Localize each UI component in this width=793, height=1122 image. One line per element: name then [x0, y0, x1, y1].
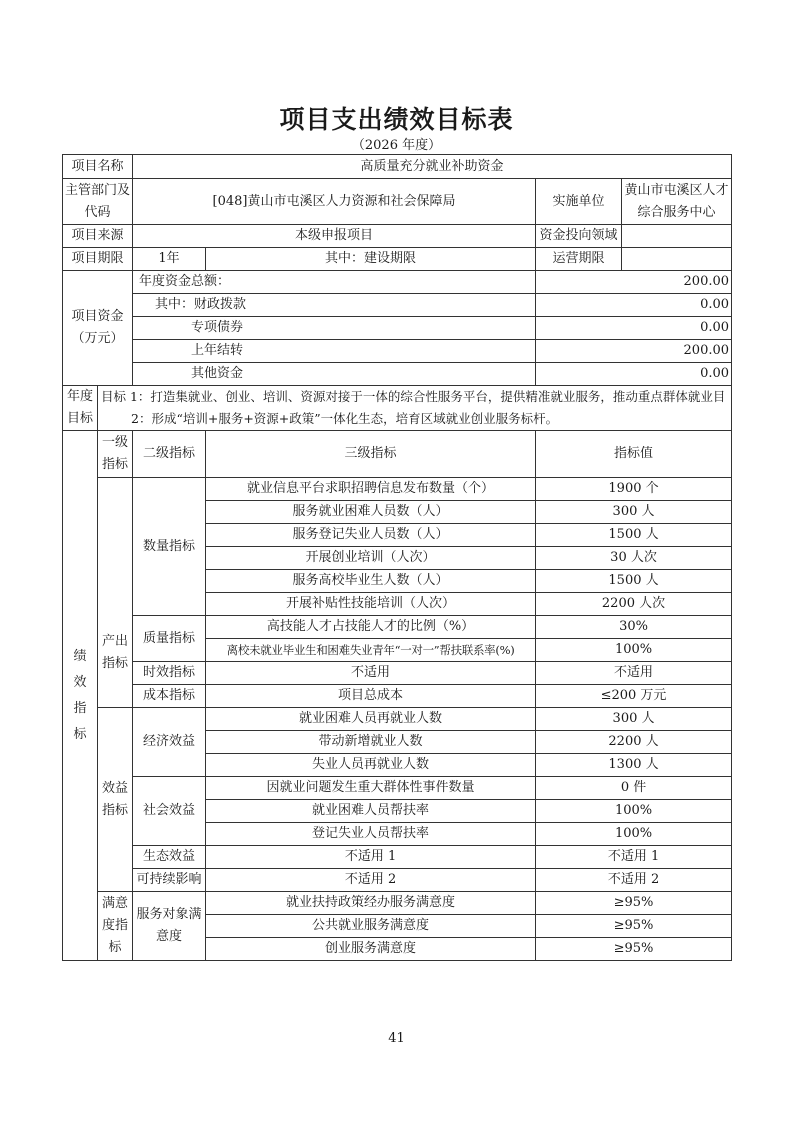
row-fund-bonds: 专项债券 0.00	[63, 317, 732, 340]
indicator-value: ≥95%	[536, 892, 732, 915]
quantity-indicators-label: 数量指标	[133, 478, 206, 616]
indicator-row: 产出 指标 数量指标 就业信息平台求职招聘信息发布数量（个） 1900 个	[63, 478, 732, 501]
indicator-name: 开展创业培训（人次）	[206, 547, 536, 570]
indicator-row: 质量指标 高技能人才占技能人才的比例（%） 30%	[63, 616, 732, 639]
indicator-row: 可持续影响 不适用 2 不适用 2	[63, 869, 732, 892]
indicator-name: 带动新增就业人数	[206, 731, 536, 754]
construction-period-label: 其中：建设期限	[206, 248, 536, 271]
page-number: 41	[0, 1031, 793, 1046]
row-fund-fiscal: 其中：财政拨款 0.00	[63, 294, 732, 317]
indicator-name: 因就业问题发生重大群体性事件数量	[206, 777, 536, 800]
annual-goals-label-line2: 目标	[65, 408, 95, 430]
economic-benefit-label: 经济效益	[133, 708, 206, 777]
indicator-value: 300 人	[536, 501, 732, 524]
document-subtitle: （2026 年度）	[0, 134, 793, 153]
indicator-name: 登记失业人员帮扶率	[206, 823, 536, 846]
benefit-indicators-label: 效益 指标	[98, 708, 133, 892]
source-value: 本级申报项目	[133, 225, 536, 248]
fund-row-value: 200.00	[536, 271, 732, 294]
indicator-row: 生态效益 不适用 1 不适用 1	[63, 846, 732, 869]
indicator-value: 100%	[536, 800, 732, 823]
goal-line-1: 目标 1：打造集就业、创业、培训、资源对接于一体的综合性服务平台，提供精准就业服…	[101, 386, 729, 408]
indicator-value: 不适用	[536, 662, 732, 685]
row-source: 项目来源 本级申报项目 资金投向领域	[63, 225, 732, 248]
header-level3: 三级指标	[206, 431, 536, 478]
source-label: 项目来源	[63, 225, 133, 248]
satisfaction-label-line2: 度指	[100, 915, 130, 937]
impl-unit-label: 实施单位	[536, 179, 622, 225]
funds-label-line2: （万元）	[65, 328, 130, 350]
benefit-label-line1: 效益	[100, 778, 130, 800]
operation-period-value	[622, 248, 732, 271]
performance-target-table: 项目名称 高质量充分就业补助资金 主管部门及代码 [048]黄山市屯溪区人力资源…	[62, 154, 732, 961]
indicator-name: 不适用 2	[206, 869, 536, 892]
quality-indicators-label: 质量指标	[133, 616, 206, 662]
indicator-row: 效益 指标 经济效益 就业困难人员再就业人数 300 人	[63, 708, 732, 731]
fund-row-label: 其他资金	[133, 363, 536, 386]
header-level2: 二级指标	[133, 431, 206, 478]
dept-value: [048]黄山市屯溪区人力资源和社会保障局	[133, 179, 536, 225]
fund-row-label: 年度资金总额：	[133, 271, 536, 294]
indicator-value: ≤200 万元	[536, 685, 732, 708]
indicator-value: 100%	[536, 639, 732, 662]
indicator-name: 就业困难人员帮扶率	[206, 800, 536, 823]
fund-row-value: 0.00	[536, 363, 732, 386]
indicator-row: 时效指标 不适用 不适用	[63, 662, 732, 685]
output-indicators-label: 产出 指标	[98, 478, 133, 708]
indicator-value: 2200 人次	[536, 593, 732, 616]
sustainable-impact-label: 可持续影响	[133, 869, 206, 892]
operation-period-label: 运营期限	[536, 248, 622, 271]
timeliness-indicators-label: 时效指标	[133, 662, 206, 685]
indicator-name: 不适用 1	[206, 846, 536, 869]
service-target-satisfaction-label: 服务对象满 意度	[133, 892, 206, 961]
fund-row-label: 其中：财政拨款	[133, 294, 536, 317]
period-value: 1年	[133, 248, 206, 271]
output-label-line1: 产出	[100, 631, 130, 653]
row-fund-other: 其他资金 0.00	[63, 363, 732, 386]
indicator-name: 就业困难人员再就业人数	[206, 708, 536, 731]
indicator-value: 100%	[536, 823, 732, 846]
dept-label: 主管部门及代码	[63, 179, 133, 225]
satisfaction-label-line1: 满意	[100, 893, 130, 915]
satisfaction-indicators-label: 满意 度指 标	[98, 892, 133, 961]
indicator-value: 30%	[536, 616, 732, 639]
indicator-name: 公共就业服务满意度	[206, 915, 536, 938]
indicator-name: 失业人员再就业人数	[206, 754, 536, 777]
side-char: 效	[65, 670, 95, 696]
indicator-name: 服务高校毕业生人数（人）	[206, 570, 536, 593]
fund-row-label: 专项债券	[133, 317, 536, 340]
row-period: 项目期限 1年 其中：建设期限 运营期限	[63, 248, 732, 271]
row-dept: 主管部门及代码 [048]黄山市屯溪区人力资源和社会保障局 实施单位 黄山市屯溪…	[63, 179, 732, 225]
fund-direction-value	[622, 225, 732, 248]
performance-indicators-label: 绩 效 指 标	[63, 431, 98, 961]
indicator-value: 不适用 2	[536, 869, 732, 892]
indicator-name: 项目总成本	[206, 685, 536, 708]
indicator-value: 2200 人	[536, 731, 732, 754]
annual-goals-label-line1: 年度	[65, 386, 95, 408]
fund-row-value: 200.00	[536, 340, 732, 363]
header-level1-line2: 指标	[100, 454, 130, 476]
indicator-value: 0 件	[536, 777, 732, 800]
document-title: 项目支出绩效目标表	[0, 100, 793, 136]
indicator-value: 1300 人	[536, 754, 732, 777]
social-benefit-label: 社会效益	[133, 777, 206, 846]
cost-indicators-label: 成本指标	[133, 685, 206, 708]
indicator-row: 满意 度指 标 服务对象满 意度 就业扶持政策经办服务满意度 ≥95%	[63, 892, 732, 915]
fund-row-value: 0.00	[536, 317, 732, 340]
fund-row-value: 0.00	[536, 294, 732, 317]
fund-row-label: 上年结转	[133, 340, 536, 363]
indicator-row: 社会效益 因就业问题发生重大群体性事件数量 0 件	[63, 777, 732, 800]
indicator-name: 离校未就业毕业生和困难失业青年“一对一”帮扶联系率(%)	[206, 639, 536, 662]
indicator-name: 不适用	[206, 662, 536, 685]
funds-label-line1: 项目资金	[65, 306, 130, 328]
project-name-label: 项目名称	[63, 155, 133, 179]
indicator-name: 服务就业困难人员数（人）	[206, 501, 536, 524]
annual-goals-label: 年度 目标	[63, 386, 98, 431]
indicator-value: 1900 个	[536, 478, 732, 501]
indicator-name: 创业服务满意度	[206, 938, 536, 961]
indicator-name: 就业扶持政策经办服务满意度	[206, 892, 536, 915]
indicator-value: 1500 人	[536, 524, 732, 547]
benefit-label-line2: 指标	[100, 800, 130, 822]
ecological-benefit-label: 生态效益	[133, 846, 206, 869]
project-name-value: 高质量充分就业补助资金	[133, 155, 732, 179]
row-project-name: 项目名称 高质量充分就业补助资金	[63, 155, 732, 179]
indicator-value: 不适用 1	[536, 846, 732, 869]
indicator-value: 300 人	[536, 708, 732, 731]
indicator-value: ≥95%	[536, 938, 732, 961]
row-annual-goals: 年度 目标 目标 1：打造集就业、创业、培训、资源对接于一体的综合性服务平台，提…	[63, 386, 732, 431]
indicator-name: 服务登记失业人员数（人）	[206, 524, 536, 547]
indicator-value: 1500 人	[536, 570, 732, 593]
header-value: 指标值	[536, 431, 732, 478]
impl-unit-value: 黄山市屯溪区人才综合服务中心	[622, 179, 732, 225]
indicator-name: 开展补贴性技能培训（人次）	[206, 593, 536, 616]
side-char: 标	[65, 722, 95, 748]
side-char: 绩	[65, 644, 95, 670]
row-fund-carryover: 上年结转 200.00	[63, 340, 732, 363]
indicator-name: 就业信息平台求职招聘信息发布数量（个）	[206, 478, 536, 501]
side-char: 指	[65, 696, 95, 722]
period-label: 项目期限	[63, 248, 133, 271]
header-level1-line1: 一级	[100, 432, 130, 454]
indicator-row: 成本指标 项目总成本 ≤200 万元	[63, 685, 732, 708]
row-fund-total: 项目资金 （万元） 年度资金总额： 200.00	[63, 271, 732, 294]
service-satisfaction-line1: 服务对象满	[135, 904, 203, 926]
funds-label: 项目资金 （万元）	[63, 271, 133, 386]
goal-line-2: 2：形成“培训+服务+资源+政策”一体化生态，培育区域就业创业服务标杆。	[101, 408, 729, 430]
annual-goals-text: 目标 1：打造集就业、创业、培训、资源对接于一体的综合性服务平台，提供精准就业服…	[98, 386, 732, 431]
header-level1: 一级 指标	[98, 431, 133, 478]
indicator-value: ≥95%	[536, 915, 732, 938]
output-label-line2: 指标	[100, 653, 130, 675]
service-satisfaction-line2: 意度	[135, 926, 203, 948]
satisfaction-label-line3: 标	[100, 937, 130, 959]
indicator-value: 30 人次	[536, 547, 732, 570]
fund-direction-label: 资金投向领域	[536, 225, 622, 248]
row-indicator-header: 绩 效 指 标 一级 指标 二级指标 三级指标 指标值	[63, 431, 732, 478]
indicator-name: 高技能人才占技能人才的比例（%）	[206, 616, 536, 639]
